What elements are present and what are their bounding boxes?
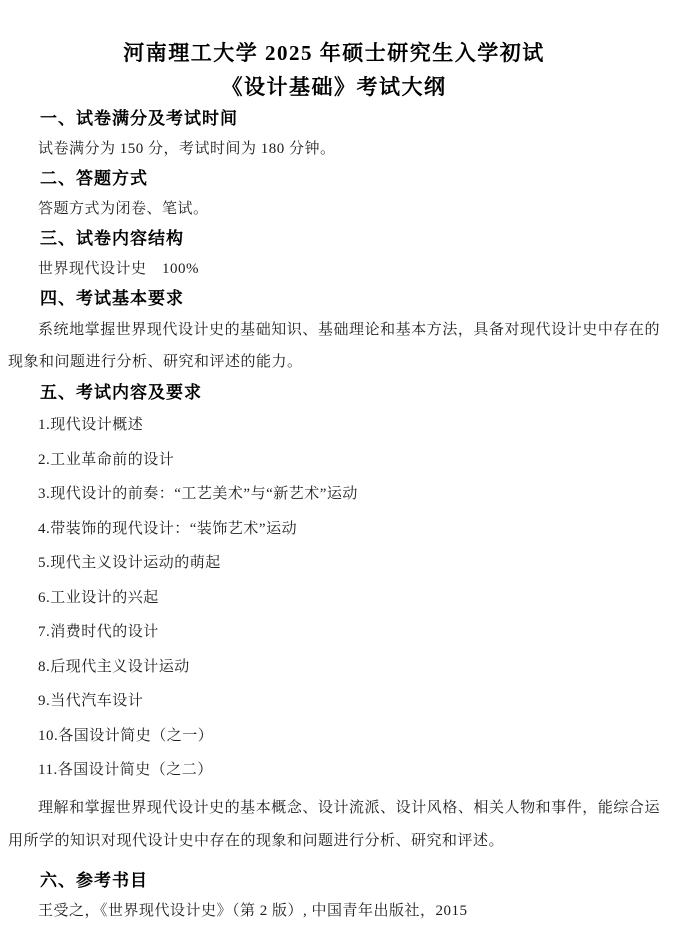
document-page: 河南理工大学 2025 年硕士研究生入学初试 《设计基础》考试大纲 一、试卷满分…	[0, 0, 692, 948]
exam-content-item-4: 4.带装饰的现代设计：“装饰艺术”运动	[8, 512, 660, 547]
section-5-heading: 五、考试内容及要求	[40, 378, 660, 408]
exam-content-item-1: 1.现代设计概述	[8, 408, 660, 443]
section-2-body: 答题方式为闭卷、笔试。	[8, 194, 660, 224]
document-title: 河南理工大学 2025 年硕士研究生入学初试 《设计基础》考试大纲	[8, 36, 660, 104]
section-4-body: 系统地掌握世界现代设计史的基础知识、基础理论和基本方法，具备对现代设计史中存在的…	[8, 314, 660, 378]
exam-content-item-7: 7.消费时代的设计	[8, 615, 660, 650]
exam-content-item-2: 2.工业革命前的设计	[8, 443, 660, 478]
section-1-heading: 一、试卷满分及考试时间	[40, 104, 660, 134]
exam-content-item-8: 8.后现代主义设计运动	[8, 650, 660, 685]
exam-content-item-9: 9.当代汽车设计	[8, 684, 660, 719]
section-5-summary: 理解和掌握世界现代设计史的基本概念、设计流派、设计风格、相关人物和事件，能综合运…	[8, 792, 660, 858]
exam-content-item-5: 5.现代主义设计运动的萌起	[8, 546, 660, 581]
title-line-1: 河南理工大学 2025 年硕士研究生入学初试	[8, 36, 660, 70]
exam-content-item-10: 10.各国设计简史（之一）	[8, 719, 660, 754]
title-line-2: 《设计基础》考试大纲	[8, 70, 660, 104]
reference-book-entry: 王受之，《世界现代设计史》（第 2 版）, 中国青年出版社，2015	[8, 896, 660, 926]
section-3-heading: 三、试卷内容结构	[40, 224, 660, 254]
section-2-heading: 二、答题方式	[40, 164, 660, 194]
exam-content-list: 1.现代设计概述 2.工业革命前的设计 3.现代设计的前奏：“工艺美术”与“新艺…	[8, 408, 660, 788]
section-1-body: 试卷满分为 150 分，考试时间为 180 分钟。	[8, 134, 660, 164]
exam-content-item-3: 3.现代设计的前奏：“工艺美术”与“新艺术”运动	[8, 477, 660, 512]
section-4-heading: 四、考试基本要求	[40, 284, 660, 314]
section-3-body: 世界现代设计史 100%	[8, 254, 660, 284]
exam-content-item-6: 6.工业设计的兴起	[8, 581, 660, 616]
section-6-heading: 六、参考书目	[40, 866, 660, 896]
exam-content-item-11: 11.各国设计简史（之二）	[8, 753, 660, 788]
